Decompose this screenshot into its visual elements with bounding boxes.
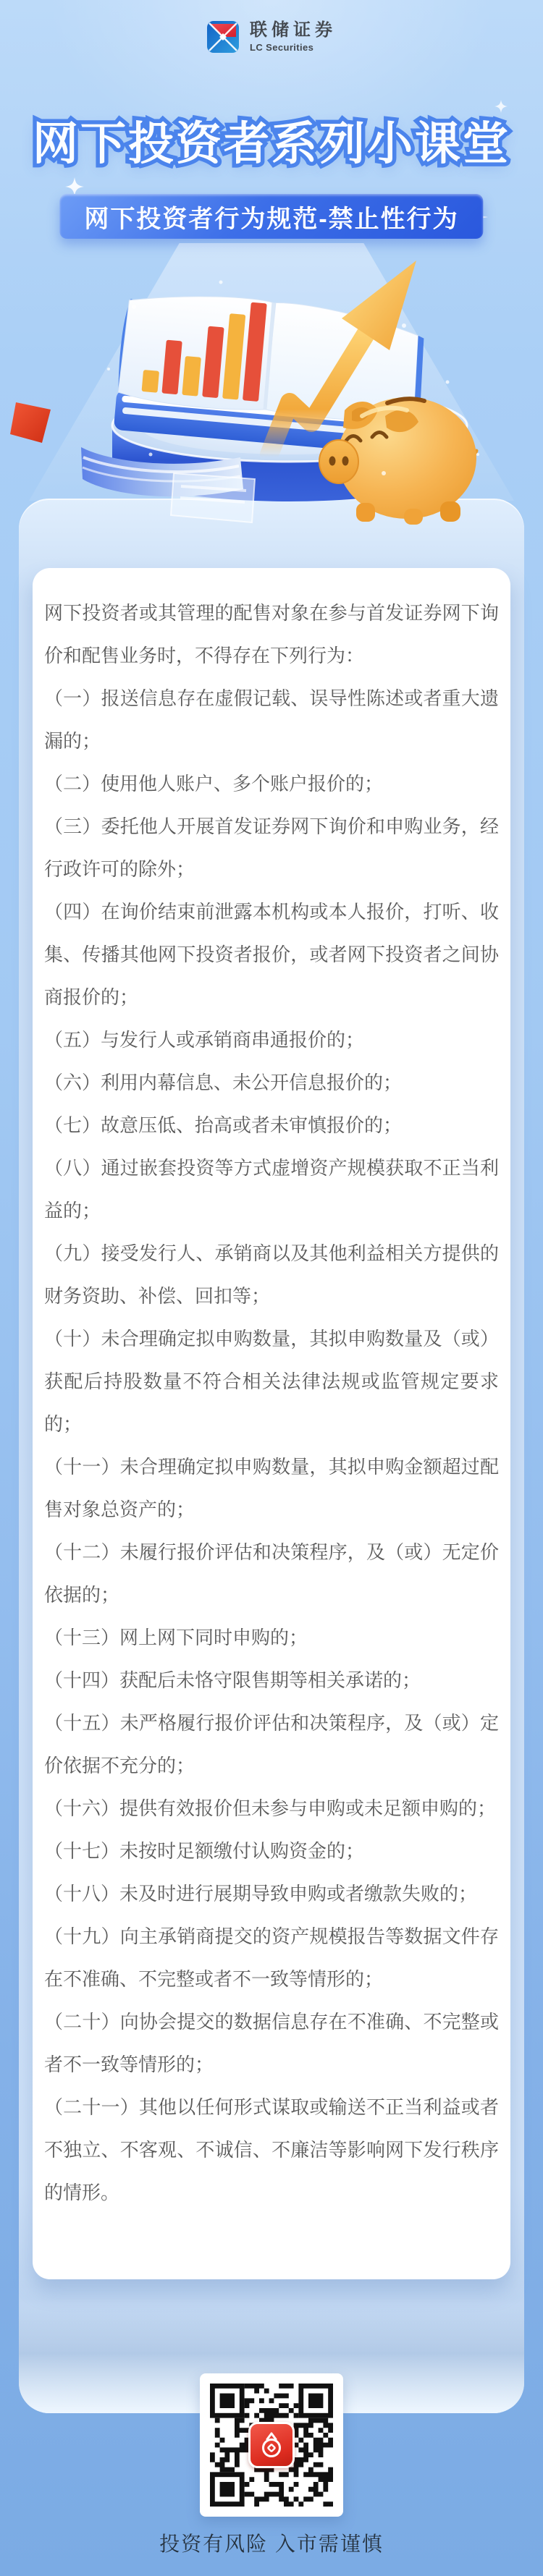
prohibited-item: （十九）向主承销商提交的资产规模报告等数据文件存在不准确、不完整或者不一致等情形… <box>44 1915 499 2001</box>
prohibited-item: （三）委托他人开展首发证券网下询价和申购业务，经行政许可的除外； <box>44 805 499 891</box>
content-card: 网下投资者或其管理的配售对象在参与首发证券网下询价和配售业务时，不得存在下列行为… <box>33 568 510 2279</box>
prohibited-item: （八）通过嵌套投资等方式虚增资产规模获取不正当利益的； <box>44 1147 499 1232</box>
prohibited-item: （七）故意压低、抬高或者未审慎报价的； <box>44 1104 499 1147</box>
qr-code <box>200 2373 343 2517</box>
subtitle-banner: 网下投资者行为规范-禁止性行为 <box>59 194 483 239</box>
pomegranate-icon <box>257 2431 286 2460</box>
prohibited-item: （十八）未及时进行展期导致申购或者缴款失败的； <box>44 1873 499 1915</box>
prohibited-item: （十三）网上网下同时申购的； <box>44 1617 499 1659</box>
prohibited-item: （十五）未严格履行报价评估和决策程序，及（或）定价依据不充分的； <box>44 1702 499 1787</box>
lc-securities-diamond-icon <box>206 20 240 54</box>
brand-logo: 联储证券 LC Securities <box>0 20 543 54</box>
hero-illustration <box>0 240 543 551</box>
qr-app-icon <box>248 2422 295 2468</box>
sparkle-icon <box>494 100 508 113</box>
intro-paragraph: 网下投资者或其管理的配售对象在参与首发证券网下询价和配售业务时，不得存在下列行为… <box>44 592 499 677</box>
poster-page: 联储证券 LC Securities 网下投资者系列小课堂 网下投资者系列小课堂… <box>0 0 543 2576</box>
prohibited-item: （二十一）其他以任何形式谋取或输送不正当利益或者不独立、不客观、不诚信、不廉洁等… <box>44 2086 499 2214</box>
disclaimer-text: 投资有风险 入市需谨慎 <box>0 2528 543 2557</box>
prohibited-item: （十）未合理确定拟申购数量，其拟申购数量及（或）获配后持股数量不符合相关法律法规… <box>44 1318 499 1446</box>
prohibited-item: （十四）获配后未恪守限售期等相关承诺的； <box>44 1659 499 1702</box>
brand-name: 联储证券 <box>250 20 337 41</box>
prohibited-item: （二十）向协会提交的数据信息存在不准确、不完整或者不一致等情形的； <box>44 2001 499 2086</box>
prohibited-item: （一）报送信息存在虚假记载、误导性陈述或者重大遗漏的； <box>44 677 499 763</box>
red-confetti <box>10 402 51 443</box>
brand-name-en: LC Securities <box>250 43 337 54</box>
prohibited-items-list: （一）报送信息存在虚假记载、误导性陈述或者重大遗漏的；（二）使用他人账户、多个账… <box>44 677 499 2214</box>
prohibited-item: （九）接受发行人、承销商以及其他利益相关方提供的财务资助、补偿、回扣等； <box>44 1232 499 1318</box>
prohibited-item: （十六）提供有效报价但未参与申购或未足额申购的； <box>44 1787 499 1830</box>
prohibited-item: （二）使用他人账户、多个账户报价的； <box>44 763 499 805</box>
prohibited-item: （五）与发行人或承销商串通报价的； <box>44 1019 499 1062</box>
prohibited-item: （六）利用内幕信息、未公开信息报价的； <box>44 1062 499 1104</box>
prohibited-item: （十七）未按时足额缴付认购资金的； <box>44 1830 499 1873</box>
prohibited-item: （四）在询价结束前泄露本机构或本人报价，打听、收集、传播其他网下投资者报价，或者… <box>44 891 499 1019</box>
prohibited-item: （十二）未履行报价评估和决策程序，及（或）无定价依据的； <box>44 1531 499 1617</box>
prohibited-item: （十一）未合理确定拟申购数量，其拟申购金额超过配售对象总资产的； <box>44 1446 499 1531</box>
